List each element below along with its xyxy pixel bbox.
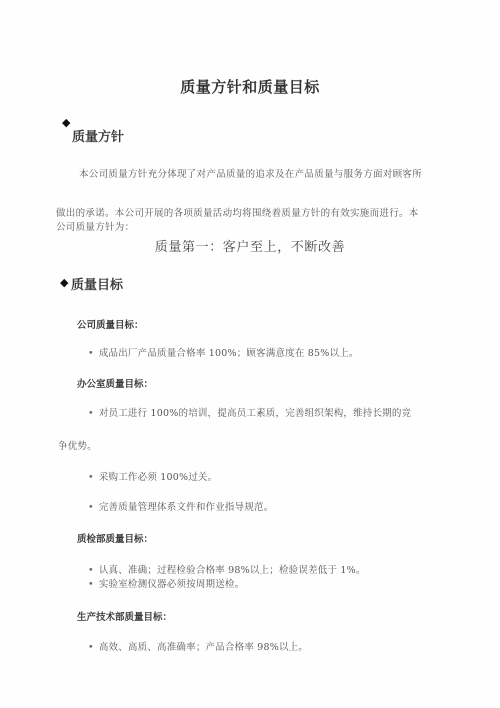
diamond-bullet-icon: ◆ (62, 116, 70, 129)
policy-paragraph-line-1: 本公司质量方针充分体现了对产品质量的追求及在产品质量与服务方面对顾客所 (79, 166, 422, 180)
list-item-continuation: 争优势。 (58, 438, 97, 452)
bullet-dot-icon: • (88, 502, 94, 513)
bullet-dot-icon: • (88, 642, 94, 653)
production-tech-objectives-heading: 生产技术部质量目标： (77, 609, 172, 623)
section-heading-quality-objectives: 质量目标 (71, 274, 123, 293)
list-item: •对员工进行 100%的培训，提高员工素质，完善组织架构，维持长期的竞 (88, 405, 411, 419)
document-page: 质量方针和质量目标 ◆ 质量方针 本公司质量方针充分体现了对产品质量的追求及在产… (0, 0, 500, 708)
list-item: •成品出厂产品质量合格率 100%；顾客满意度在 85%以上。 (88, 345, 359, 359)
list-item: •采购工作必须 100%过关。 (88, 469, 217, 483)
list-item: •认真、准确；过程检验合格率 98%以上；检验误差低于 1%。 (88, 562, 366, 576)
bullet-dot-icon: • (88, 348, 94, 359)
company-objectives-heading: 公司质量目标： (77, 317, 144, 331)
quality-motto: 质量第一：客户至上，不断改善 (0, 236, 500, 255)
diamond-bullet-icon: ◆ (60, 276, 68, 289)
office-objectives-heading: 办公室质量目标： (77, 376, 153, 390)
bullet-dot-icon: • (88, 472, 94, 483)
list-item: •完善质量管理体系文件和作业指导规范。 (88, 499, 273, 513)
qc-department-objectives-heading: 质检部质量目标： (77, 531, 153, 545)
policy-paragraph-line-3: 公司质量方针为： (56, 219, 134, 233)
list-item: •实验室检测仪器必须按周期送检。 (88, 576, 244, 590)
bullet-dot-icon: • (88, 565, 94, 576)
list-item: •高效、高质、高准确率；产品合格率 98%以上。 (88, 639, 308, 653)
section-heading-quality-policy: 质量方针 (72, 126, 124, 145)
document-title: 质量方针和质量目标 (0, 76, 500, 97)
bullet-dot-icon: • (88, 579, 94, 590)
bullet-dot-icon: • (88, 408, 94, 419)
policy-paragraph-line-2: 做出的承诺。本公司开展的各项质量活动均将围绕着质量方针的有效实施而进行。本 (56, 205, 419, 219)
